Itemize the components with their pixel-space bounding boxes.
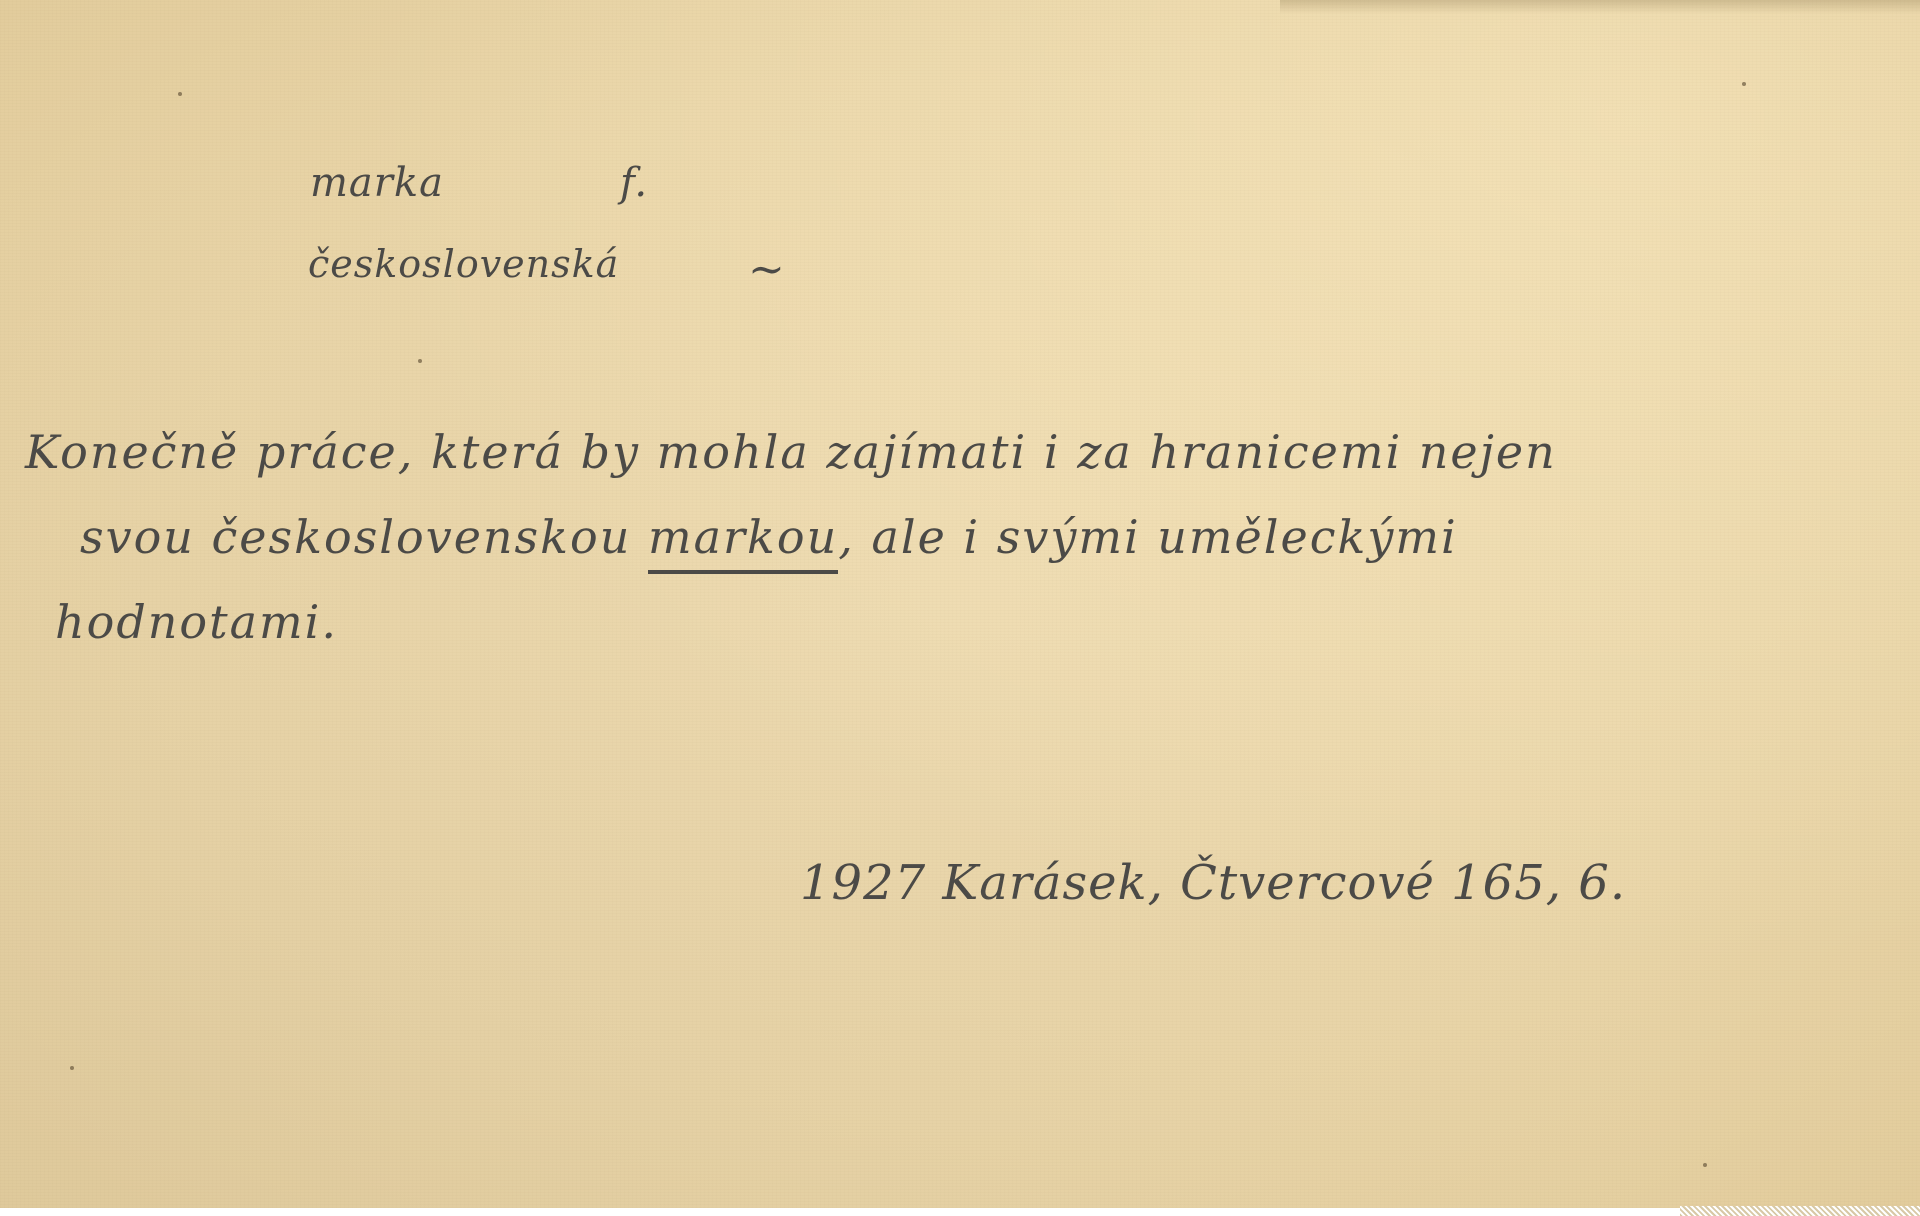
- paper-speck: [178, 92, 182, 96]
- scan-edge-strip: [1680, 1206, 1920, 1216]
- paper-speck: [418, 359, 422, 363]
- lexicon-card: marka f. československá ~ Konečně práce,…: [0, 0, 1920, 1208]
- paper-speck: [1703, 1163, 1707, 1167]
- paper-speck: [70, 1066, 74, 1070]
- quote-line-2-end: , ale i svými uměleckými: [838, 510, 1457, 564]
- source-citation: 1927 Karásek, Čtvercové 165, 6.: [800, 855, 1626, 911]
- quote-line-2: svou československou markou, ale i svými…: [80, 510, 1458, 564]
- headword: marka: [310, 160, 444, 206]
- card-top-shadow: [1280, 0, 1920, 14]
- underlined-headword: markou: [648, 510, 838, 574]
- quote-line-1: Konečně práce, která by mohla zajímati i…: [25, 425, 1557, 479]
- grammatical-gender: f.: [620, 160, 648, 206]
- paper-speck: [1742, 82, 1746, 86]
- headword-tilde: ~: [748, 244, 786, 295]
- collocation-phrase: československá: [308, 242, 619, 286]
- quote-line-3: hodnotami.: [55, 595, 338, 649]
- quote-line-2-start: svou československou: [80, 510, 648, 564]
